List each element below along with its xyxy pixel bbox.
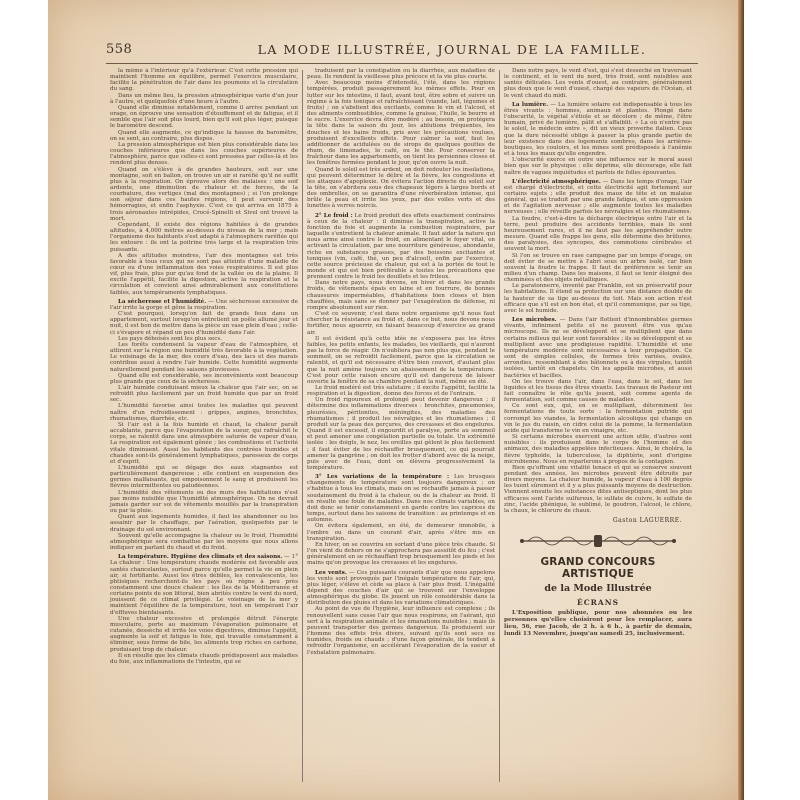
page-header: 558 LA MODE ILLUSTRÉE, JOURNAL DE LA FAM… bbox=[106, 42, 698, 62]
paragraph: Si l'on se trouve en rase campagne par u… bbox=[504, 253, 692, 284]
paragraph: Dans notre pays, le vent d'est, qui s'es… bbox=[504, 68, 692, 99]
section-paragraph: Les microbes. — Dans l'air flottent d'in… bbox=[504, 317, 692, 379]
paragraph-text: — La lumière solaire est indispensable à… bbox=[504, 102, 692, 157]
paragraph-text: A des altitudes moindres, l'air des mont… bbox=[110, 253, 298, 296]
paragraph-text: L'air humide conduisant mieux la chaleur… bbox=[110, 385, 298, 403]
paragraph: Souvent qu'elle accompagne la chaleur ou… bbox=[110, 533, 298, 551]
paragraph-text: Le froid modéré est très salutaire ; il … bbox=[307, 385, 495, 397]
author-signature: Gaston LAGUERRE. bbox=[504, 517, 682, 524]
paragraph-text: traduisent par la constipation ou la dia… bbox=[307, 68, 495, 80]
paragraph-text: Dans notre pays, nous devons, en hiver e… bbox=[307, 280, 495, 311]
paragraph: Bien qu'offrant une vitalité tenace et q… bbox=[504, 465, 692, 514]
section-title: La sécheresse et l'humidité. bbox=[118, 299, 206, 305]
paragraph: L'humidité des vêtements ou des murs des… bbox=[110, 490, 298, 515]
page-number: 558 bbox=[106, 42, 132, 57]
paragraph: Une chaleur excessive et prolongée détru… bbox=[110, 616, 298, 653]
notice-title: GRAND CONCOURS ARTISTIQUE bbox=[504, 556, 692, 580]
paragraph-text: Si l'air est à la fois humide et chaud, … bbox=[110, 422, 298, 465]
paragraph-text: Il est évident qu'à cette idée ne s'expo… bbox=[307, 336, 495, 385]
paragraph-text: L'humidité qui se dégage des eaux stagna… bbox=[110, 465, 298, 489]
section-title: L'électricité atmosphérique. bbox=[512, 179, 601, 185]
paragraph-text: Si l'on se trouve en rase campagne par u… bbox=[504, 253, 692, 284]
section-paragraph: La lumière. — La lumière solaire est ind… bbox=[504, 102, 692, 157]
paragraph-text: Cependant, il existe des régions habitée… bbox=[110, 222, 298, 253]
paragraph-text: — 1° La chaleur : Une température chaude… bbox=[110, 554, 298, 615]
paragraph: Il en résulte que les climats chauds pré… bbox=[110, 653, 298, 665]
paragraph-text: Quand on s'élève à de grandes hauteurs, … bbox=[110, 167, 298, 222]
section-title: 2° Le froid : bbox=[315, 213, 353, 219]
paragraph: L'air humide conduisant mieux la chaleur… bbox=[110, 385, 298, 403]
paragraph-text: — Dans l'air flottent d'innombrables ger… bbox=[504, 317, 692, 378]
paragraph: Avec beaucoup moins d'intensité, l'été, … bbox=[307, 80, 495, 166]
paragraph: L'humidité favorise ainsi toutes les mal… bbox=[110, 403, 298, 421]
paragraph-text: Dans un même lieu, la pression atmosphér… bbox=[110, 93, 298, 105]
paragraph: L'humidité qui se dégage des eaux stagna… bbox=[110, 465, 298, 490]
section-paragraph: Les vents. — Ces puissants courants d'ai… bbox=[307, 570, 495, 607]
paragraph-text: L'humidité des vêtements ou des murs des… bbox=[110, 490, 298, 514]
paragraph-text: Une chaleur excessive et prolongée détru… bbox=[110, 616, 298, 653]
paragraph-text: Avec beaucoup moins d'intensité, l'été, … bbox=[307, 80, 495, 166]
paragraph-text: La pression atmosphérique est bien plus … bbox=[110, 142, 298, 166]
paragraph-text: Quand elle est considérable, ses inconvé… bbox=[110, 373, 298, 385]
paragraph: Ce sont eux, qui, en se multipliant, dét… bbox=[504, 403, 692, 434]
paragraph: Quand elle diminue notablement, comme il… bbox=[110, 105, 298, 130]
paragraph: On évitera également, en été, de demeure… bbox=[307, 523, 495, 541]
paragraph-text: Il en résulte que les climats chauds pré… bbox=[110, 653, 298, 665]
paragraph-text: On évitera également, en été, de demeure… bbox=[307, 523, 495, 541]
paragraph-text: Un froid rigoureux et prolongé peut deve… bbox=[307, 397, 495, 471]
paragraph-text: Bien qu'offrant une vitalité tenace et q… bbox=[504, 465, 692, 514]
paragraph-text: Ce sont eux, qui, en se multipliant, dét… bbox=[504, 403, 692, 434]
paragraph: Quand elle est considérable, ses inconvé… bbox=[110, 373, 298, 385]
newspaper-page: 558 LA MODE ILLUSTRÉE, JOURNAL DE LA FAM… bbox=[48, 0, 744, 800]
paragraph: L'obscurité exerce en outre une influenc… bbox=[504, 157, 692, 175]
paragraph-text: Quand elle augmente, ce qu'indique la ha… bbox=[110, 130, 298, 142]
paragraph-text: la même à l'intérieur qu'à l'extérieur. … bbox=[110, 68, 298, 92]
paragraph-text: Le froid produit des effets exactement c… bbox=[307, 213, 495, 281]
column-3: Dans notre pays, le vent d'est, qui s'es… bbox=[500, 68, 696, 786]
paragraph: En hiver, on se couvrira en sortant d'un… bbox=[307, 542, 495, 567]
paragraph: Les forêts condensent la vapeur d'eau de… bbox=[110, 342, 298, 373]
section-title: La lumière. bbox=[512, 102, 548, 108]
paragraph-text: Les pays déboisés sont les plus secs. bbox=[118, 336, 222, 342]
paragraph: C'est ce souvenir, c'est dans notre orga… bbox=[307, 311, 495, 336]
paragraph-text: En hiver, on se couvrira en sortant d'un… bbox=[307, 542, 495, 566]
notice-body: L'Exposition publique, pour nos abonnées… bbox=[504, 610, 692, 638]
paragraph: Le paratonnerre, inventé par Franklin, e… bbox=[504, 283, 692, 314]
paragraph: Si certains microbes exercent une action… bbox=[504, 434, 692, 465]
notice-subtitle: de la Mode Illustrée bbox=[504, 583, 692, 594]
paragraph: Dans un même lieu, la pression atmosphér… bbox=[110, 93, 298, 105]
paragraph-text: La foudre, c'est-à-dire la décharge élec… bbox=[504, 216, 692, 253]
paragraph: Quant aux logements humides, il faut les… bbox=[110, 514, 298, 532]
paragraph: Quand elle augmente, ce qu'indique la ha… bbox=[110, 130, 298, 142]
paragraph-text: Souvent qu'elle accompagne la chaleur ou… bbox=[110, 533, 298, 551]
paragraph: Le froid modéré est très salutaire ; il … bbox=[307, 385, 495, 397]
paragraph-text: — Dans les temps d'orage, l'air est char… bbox=[504, 179, 692, 216]
article-columns: la même à l'intérieur qu'à l'extérieur. … bbox=[106, 68, 698, 786]
paragraph: traduisent par la constipation ou la dia… bbox=[307, 68, 495, 80]
paragraph-text: Les forêts condensent la vapeur d'eau de… bbox=[110, 342, 298, 373]
paragraph-text: — Ces puissants courants d'air que nous … bbox=[307, 570, 495, 607]
section-paragraph: La température. Hygiène des climats et d… bbox=[110, 554, 298, 616]
ornament-divider-icon bbox=[518, 532, 678, 550]
paragraph-text: Si certains microbes exercent une action… bbox=[504, 434, 692, 465]
paragraph-text: Quand elle diminue notablement, comme il… bbox=[110, 105, 298, 129]
paragraph-text: Dans notre pays, le vent d'est, qui s'es… bbox=[504, 68, 692, 99]
paragraph: Au point de vue de l'hygiène, leur influ… bbox=[307, 606, 495, 655]
paragraph-text: Les brusques changements de température … bbox=[307, 474, 495, 523]
paragraph: Il est évident qu'à cette idée ne s'expo… bbox=[307, 336, 495, 385]
paragraph-text: L'obscurité exerce en outre une influenc… bbox=[504, 157, 692, 175]
notice-kicker: ÉCRANS bbox=[504, 598, 692, 607]
page-edge bbox=[738, 0, 744, 800]
paragraph: Quand le soleil est très ardent, on doit… bbox=[307, 167, 495, 210]
paragraph: On les trouve dans l'air, dans l'eau, da… bbox=[504, 379, 692, 404]
paragraph: C'est pourquoi, lorsqu'on fait de grands… bbox=[110, 311, 298, 336]
paragraph-text: Le paratonnerre, inventé par Franklin, e… bbox=[504, 283, 692, 314]
paragraph-text: Quand le soleil est très ardent, on doit… bbox=[307, 167, 495, 210]
paragraph: la même à l'intérieur qu'à l'extérieur. … bbox=[110, 68, 298, 93]
section-paragraph: 2° Le froid : Le froid produit des effet… bbox=[307, 213, 495, 281]
section-paragraph: 3° Les variations de la température : Le… bbox=[307, 474, 495, 523]
header-rule bbox=[106, 63, 698, 64]
paragraph-text: L'humidité favorise ainsi toutes les mal… bbox=[110, 403, 298, 421]
paragraph: Un froid rigoureux et prolongé peut deve… bbox=[307, 397, 495, 471]
paragraph-text: C'est pourquoi, lorsqu'on fait de grands… bbox=[110, 311, 298, 335]
section-paragraph: La sécheresse et l'humidité. — Une séche… bbox=[110, 299, 298, 311]
paragraph: Cependant, il existe des régions habitée… bbox=[110, 222, 298, 253]
paragraph: Quand on s'élève à de grandes hauteurs, … bbox=[110, 167, 298, 222]
paragraph: Dans notre pays, nous devons, en hiver e… bbox=[307, 280, 495, 311]
paragraph: La pression atmosphérique est bien plus … bbox=[110, 142, 298, 167]
paragraph-text: Quant aux logements humides, il faut les… bbox=[110, 514, 298, 532]
section-paragraph: L'électricité atmosphérique. — Dans les … bbox=[504, 179, 692, 216]
paragraph: La foudre, c'est-à-dire la décharge élec… bbox=[504, 216, 692, 253]
column-2: traduisent par la constipation ou la dia… bbox=[303, 68, 499, 786]
running-title: LA MODE ILLUSTRÉE, JOURNAL DE LA FAMILLE… bbox=[206, 42, 698, 57]
paragraph: Si l'air est à la fois humide et chaud, … bbox=[110, 422, 298, 465]
column-3-text: Dans notre pays, le vent d'est, qui s'es… bbox=[504, 68, 692, 514]
column-1: la même à l'intérieur qu'à l'extérieur. … bbox=[106, 68, 302, 786]
section-title: Les vents. bbox=[315, 570, 347, 576]
paragraph-text: On les trouve dans l'air, dans l'eau, da… bbox=[504, 379, 692, 403]
paragraph-text: Au point de vue de l'hygiène, leur influ… bbox=[307, 606, 495, 655]
paragraph: A des altitudes moindres, l'air des mont… bbox=[110, 253, 298, 296]
paragraph-text: C'est ce souvenir, c'est dans notre orga… bbox=[307, 311, 495, 335]
